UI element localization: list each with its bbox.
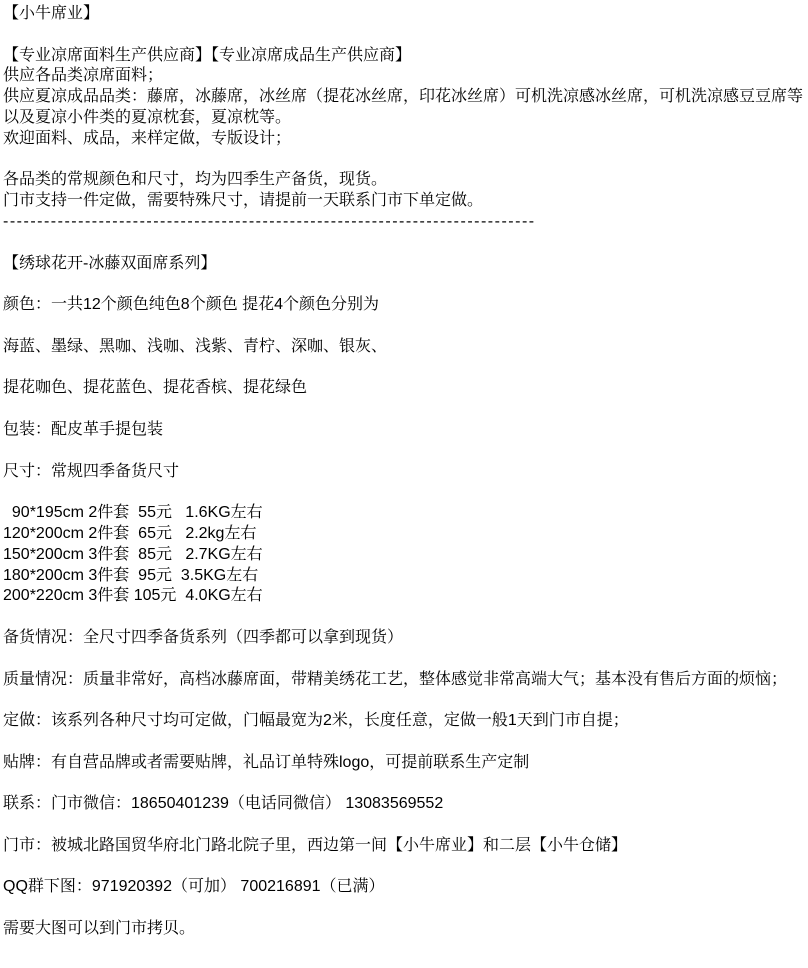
closing-note: 需要大图可以到门市拷贝。 — [3, 919, 805, 940]
supply-fabric: 供应各品类凉席面料； — [3, 66, 805, 87]
blank-line — [3, 732, 805, 753]
blank-line — [3, 690, 805, 711]
blank-line — [3, 815, 805, 836]
stock-note: 各品类的常规颜色和尺寸，均为四季生产备货，现货。 — [3, 170, 805, 191]
blank-line — [3, 898, 805, 919]
supplier-titles: 【专业凉席面料生产供应商】【专业凉席成品生产供应商】 — [3, 46, 805, 67]
quality-status: 质量情况：质量非常好，高档冰藤席面，带精美绣花工艺，整体感觉非常高端大气；基本没… — [3, 670, 805, 691]
divider-line: ----------------------------------------… — [3, 212, 805, 233]
packaging: 包装：配皮革手提包装 — [3, 420, 805, 441]
qq-groups: QQ群下图：971920392（可加） 700216891（已满） — [3, 877, 805, 898]
blank-line — [3, 150, 805, 171]
jacquard-colors: 提花咖色、提花蓝色、提花香槟、提花绿色 — [3, 378, 805, 399]
custom-note: 门市支持一件定做，需要特殊尺寸，请提前一天联系门市下单定做。 — [3, 191, 805, 212]
supply-products: 供应夏凉成品品类：藤席，冰藤席，冰丝席（提花冰丝席，印花冰丝席）可机洗凉感冰丝席… — [3, 87, 805, 129]
price-row: 150*200cm 3件套 85元 2.7KG左右 — [3, 545, 805, 566]
blank-line — [3, 773, 805, 794]
blank-line — [3, 316, 805, 337]
blank-line — [3, 649, 805, 670]
blank-line — [3, 25, 805, 46]
series-title: 【绣球花开-冰藤双面席系列】 — [3, 254, 805, 275]
blank-line — [3, 399, 805, 420]
welcome-custom: 欢迎面料、成品，来样定做，专版设计； — [3, 129, 805, 150]
price-row: 90*195cm 2件套 55元 1.6KG左右 — [3, 503, 805, 524]
colors-intro: 颜色：一共12个颜色纯色8个颜色 提花4个颜色分别为 — [3, 295, 805, 316]
blank-line — [3, 233, 805, 254]
blank-line — [3, 274, 805, 295]
blank-line — [3, 607, 805, 628]
solid-colors: 海蓝、墨绿、黑咖、浅咖、浅紫、青柠、深咖、银灰、 — [3, 337, 805, 358]
custom-order: 定做：该系列各种尺寸均可定做，门幅最宽为2米，长度任意，定做一般1天到门市自提； — [3, 711, 805, 732]
branding: 贴牌：有自营品牌或者需要贴牌，礼品订单特殊logo，可提前联系生产定制 — [3, 753, 805, 774]
blank-line — [3, 358, 805, 379]
product-info-document: 【小牛席业】【专业凉席面料生产供应商】【专业凉席成品生产供应商】供应各品类凉席面… — [0, 0, 808, 968]
blank-line — [3, 857, 805, 878]
price-row: 180*200cm 3件套 95元 3.5KG左右 — [3, 566, 805, 587]
store-address: 门市：被城北路国贸华府北门路北院子里，西边第一间【小牛席业】和二层【小牛仓储】 — [3, 836, 805, 857]
size-intro: 尺寸：常规四季备货尺寸 — [3, 462, 805, 483]
store-title: 【小牛席业】 — [3, 4, 805, 25]
stock-status: 备货情况：全尺寸四季备货系列（四季都可以拿到现货） — [3, 628, 805, 649]
price-row: 200*220cm 3件套 105元 4.0KG左右 — [3, 586, 805, 607]
blank-line — [3, 441, 805, 462]
contact: 联系：门市微信：18650401239（电话同微信） 13083569552 — [3, 794, 805, 815]
price-row: 120*200cm 2件套 65元 2.2kg左右 — [3, 524, 805, 545]
blank-line — [3, 482, 805, 503]
